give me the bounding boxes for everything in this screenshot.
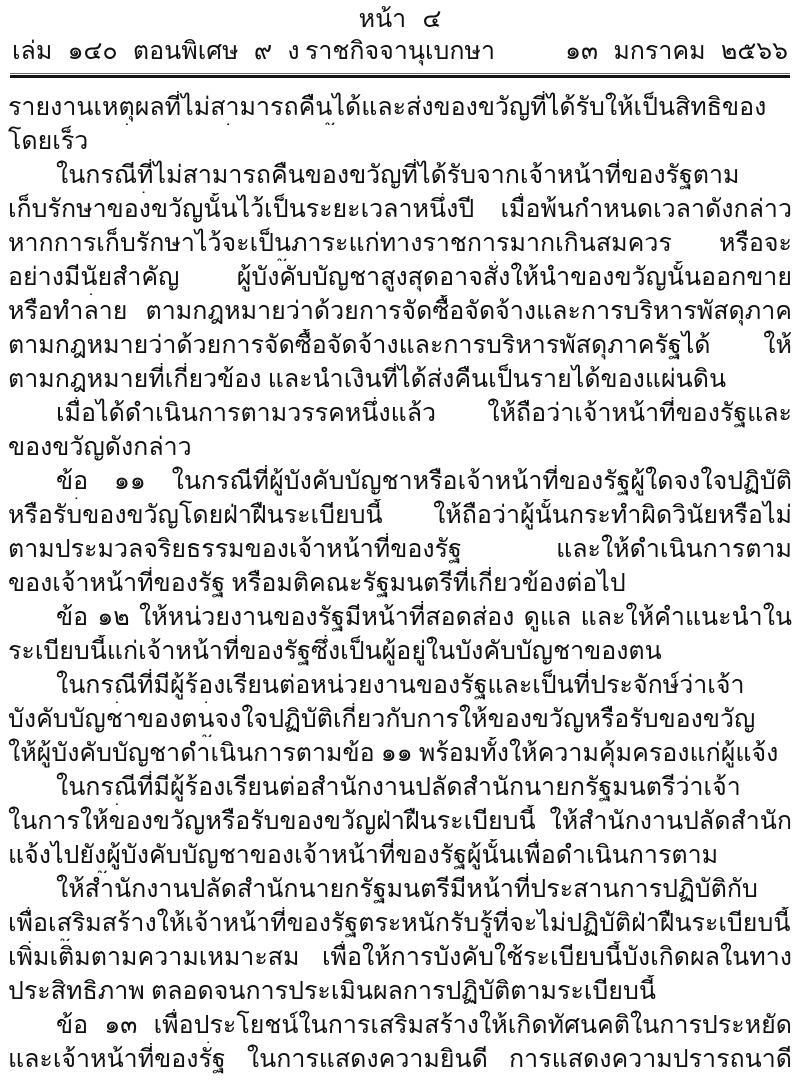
body-line: ในกรณีที่มีผู้ร้องเรียนต่อสำนักงานปลัดสำ…	[8, 771, 792, 805]
header-rule-thin	[10, 73, 790, 74]
body-line: เก็บรักษาของขวัญนั้นไว้เป็นระยะเวลาหนึ่ง…	[8, 193, 792, 227]
body-line: รายงานเหตุผลที่ไม่สามารถคืนได้และส่งของข…	[8, 91, 792, 125]
body-line: หรือทำลาย ตามกฎหมายว่าด้วยการจัดซื้อจัดจ…	[8, 295, 792, 329]
page-number-label: หน้า ๔	[0, 0, 800, 35]
body-line: อย่างมีนัยสำคัญ ผู้บังคับบัญชาสูงสุดอาจส…	[8, 261, 792, 295]
body-line: หรือรับของขวัญโดยฝ่าฝืนระเบียบนี้ ให้ถือ…	[8, 499, 792, 533]
body-line: เพื่อเสริมสร้างให้เจ้าหน้าที่ของรัฐตระหน…	[8, 907, 792, 941]
body-line: ข้อ ๑๓ เพื่อประโยชน์ในการเสริมสร้างให้เก…	[8, 1009, 792, 1043]
body-line: ของขวัญดังกล่าว	[8, 431, 792, 465]
body-line: ให้ผู้บังคับบัญชาดำเนินการตามข้อ ๑๑ พร้อ…	[8, 737, 792, 771]
body-line: ตามกฎหมายว่าด้วยการจัดซื้อจัดจ้างและการบ…	[8, 329, 792, 363]
body-line: ในการให้ของขวัญหรือรับของขวัญฝ่าฝืนระเบี…	[8, 805, 792, 839]
body-line: เมื่อได้ดำเนินการตามวรรคหนึ่งแล้ว ให้ถือ…	[8, 397, 792, 431]
body-line: หากการเก็บรักษาไว้จะเป็นภาระแก่ทางราชการ…	[8, 227, 792, 261]
body-line: ข้อ ๑๑ ในกรณีที่ผู้บังคับบัญชาหรือเจ้าหน…	[8, 465, 792, 499]
body-line: ให้สำนักงานปลัดสำนักนายกรัฐมนตรีมีหน้าที…	[8, 873, 792, 907]
publish-date: ๑๓ มกราคม ๒๕๖๖	[565, 36, 788, 68]
body-line: ของเจ้าหน้าที่ของรัฐ หรือมติคณะรัฐมนตรีท…	[8, 567, 792, 601]
body-line: โดยเร็ว	[8, 125, 792, 159]
body-line: และเจ้าหน้าที่ของรัฐ ในการแสดงความยินดี …	[8, 1043, 792, 1077]
body-line: ตามกฎหมายที่เกี่ยวข้อง และนำเงินที่ได้ส่…	[8, 363, 792, 397]
body-line: ในกรณีที่มีผู้ร้องเรียนต่อหน่วยงานของรัฐ…	[8, 669, 792, 703]
body-line: ในกรณีที่ไม่สามารถคืนของขวัญที่ได้รับจาก…	[8, 159, 792, 193]
body-line: ข้อ ๑๒ ให้หน่วยงานของรัฐมีหน้าที่สอดส่อง…	[8, 601, 792, 635]
header-rule-thick	[10, 75, 790, 78]
header-row: เล่ม ๑๔๐ ตอนพิเศษ ๙ ง ราชกิจจานุเบกษา ๑๓…	[0, 36, 800, 68]
gazette-page: หน้า ๔ เล่ม ๑๔๐ ตอนพิเศษ ๙ ง ราชกิจจานุเ…	[0, 0, 800, 1080]
document-body: รายงานเหตุผลที่ไม่สามารถคืนได้และส่งของข…	[0, 91, 800, 1077]
body-line: เพิ่มเติมตามความเหมาะสม เพื่อให้การบังคั…	[8, 941, 792, 975]
body-line: ประสิทธิภาพ ตลอดจนการประเมินผลการปฏิบัติ…	[8, 975, 792, 1009]
body-line: ระเบียบนี้แก่เจ้าหน้าที่ของรัฐซึ่งเป็นผู…	[8, 635, 792, 669]
body-line: บังคับบัญชาของตนจงใจปฏิบัติเกี่ยวกับการใ…	[8, 703, 792, 737]
body-line: แจ้งไปยังผู้บังคับบัญชาของเจ้าหน้าที่ของ…	[8, 839, 792, 873]
body-line: ตามประมวลจริยธรรมของเจ้าหน้าที่ของรัฐ แล…	[8, 533, 792, 567]
